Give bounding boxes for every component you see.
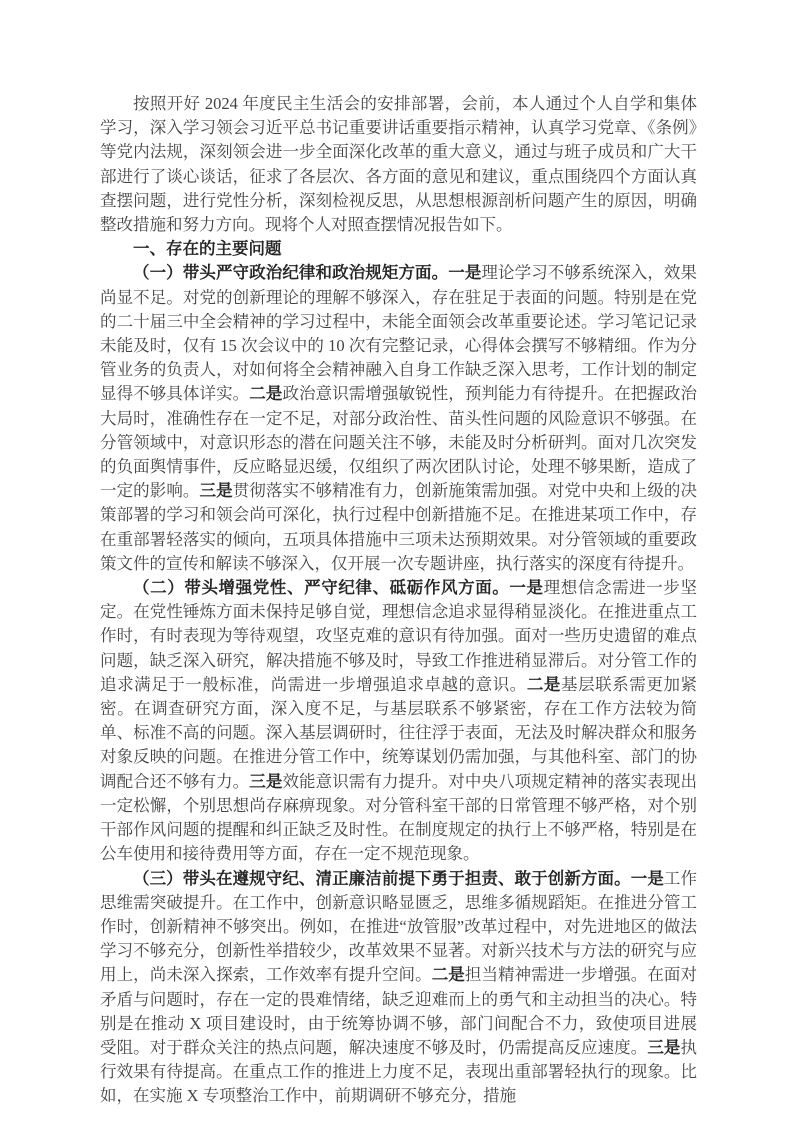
subsection-paragraph-1: （一）带头严守政治纪律和政治规矩方面。一是理论学习不够系统深入，效果尚显不足。对… [100, 261, 697, 576]
point-marker: 二是 [432, 965, 465, 984]
point-marker: 三是 [200, 481, 233, 500]
subsection-paragraph-3: （三）带头在遵规守纪、清正廉洁前提下勇于担责、敢于创新方面。一是工作思维需突破提… [100, 867, 697, 1109]
point-marker: 一是 [631, 869, 664, 888]
point-marker: 三是 [647, 1038, 680, 1057]
point-marker: 一是 [509, 578, 543, 597]
document-page: 按照开好 2024 年度民主生活会的安排部署，会前，本人通过个人自学和集体学习，… [0, 0, 793, 1122]
point-marker: 二是 [249, 384, 282, 403]
point-marker: 二是 [527, 675, 561, 694]
intro-paragraph: 按照开好 2024 年度民主生活会的安排部署，会前，本人通过个人自学和集体学习，… [100, 92, 697, 237]
intro-text: 按照开好 2024 年度民主生活会的安排部署，会前，本人通过个人自学和集体学习，… [100, 94, 697, 234]
section-heading: 一、存在的主要问题 [100, 237, 697, 261]
subsection-3-lead: （三）带头在遵规守纪、清正廉洁前提下勇于担责、敢于创新方面。 [133, 869, 631, 888]
point-marker: 三是 [249, 772, 282, 791]
subsection-2-lead: （二）带头增强党性、严守纪律、砥砺作风方面。 [133, 578, 509, 597]
point-text: 理论学习不够系统深入，效果尚显不足。对党的创新理论的理解不够深入，存在驻足于表面… [100, 263, 697, 403]
subsection-paragraph-2: （二）带头增强党性、严守纪律、砥砺作风方面。一是理想信念需进一步坚定。在党性锤炼… [100, 576, 697, 866]
point-marker: 一是 [448, 263, 481, 282]
subsection-1-lead: （一）带头严守政治纪律和政治规矩方面。 [133, 263, 448, 282]
